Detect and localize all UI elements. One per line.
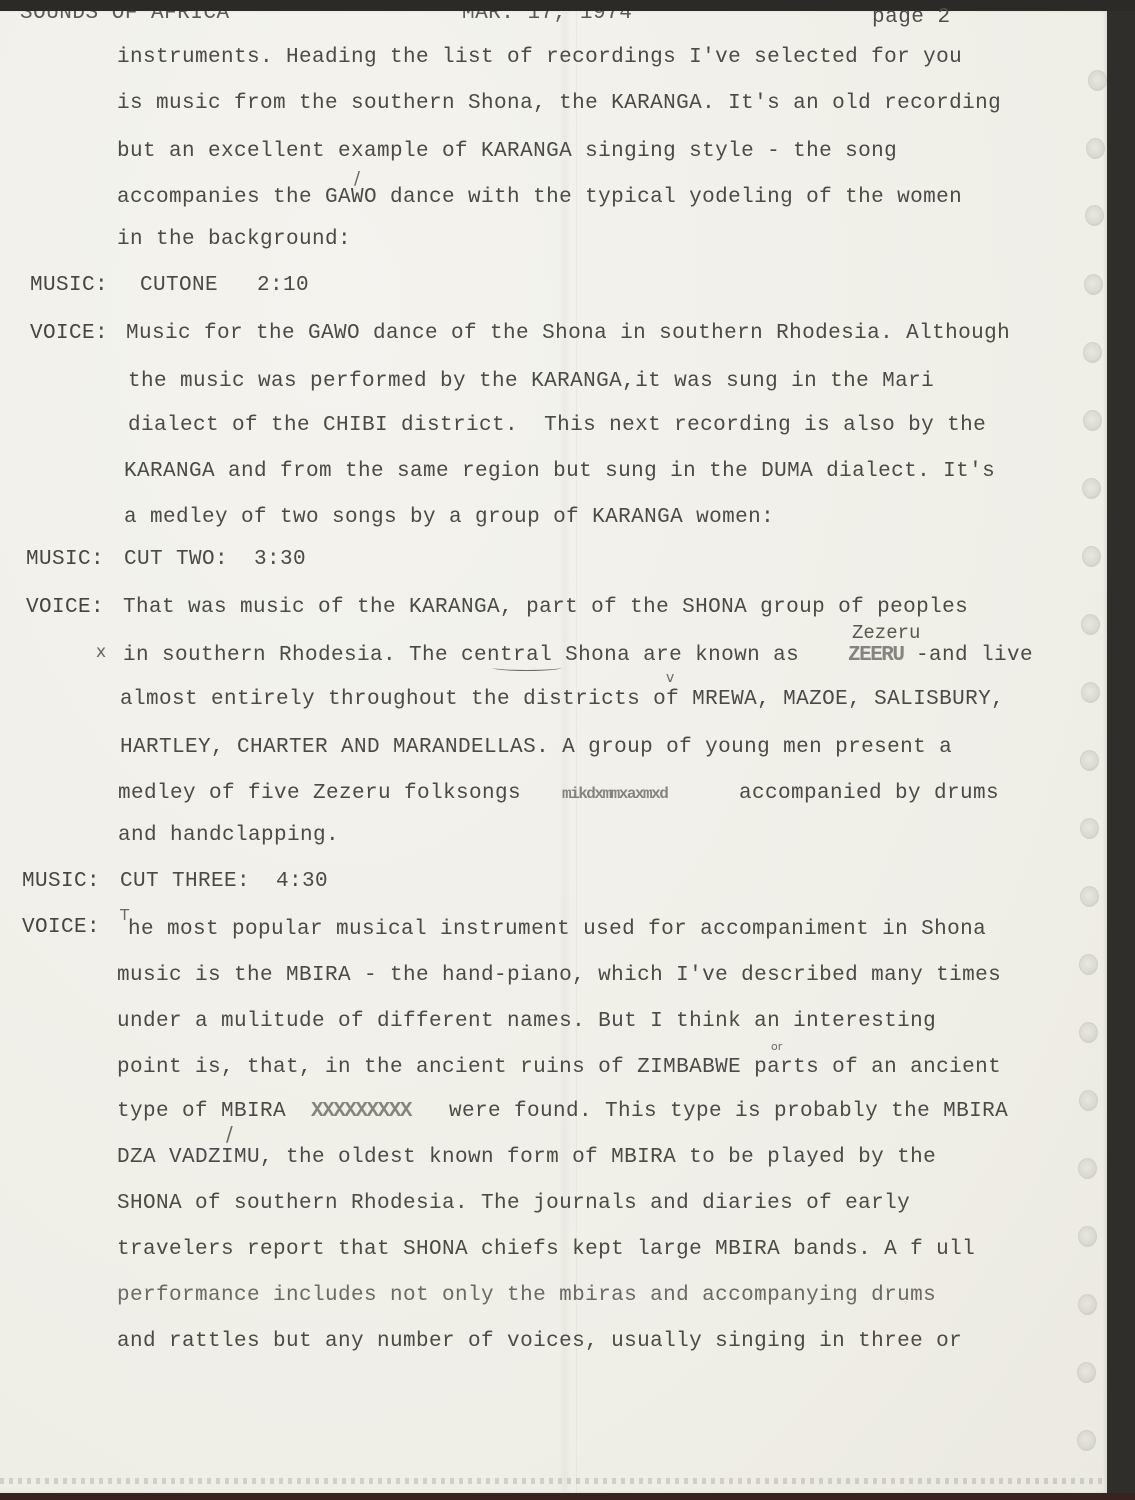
voice-line-continuation: accompanied by drums — [726, 782, 999, 806]
music-cue: CUT TWO: 3:30 — [124, 548, 306, 572]
segment-label-voice: VOICE: — [22, 916, 100, 940]
struck-word-zeeru: ZEERU — [848, 644, 904, 668]
punch-hole — [1088, 70, 1107, 91]
punch-hole — [1082, 546, 1101, 567]
handwritten-underline-central — [492, 664, 562, 671]
margin-x-mark: x — [96, 642, 106, 662]
punch-hole — [1082, 478, 1101, 499]
voice-line: That was music of the KARANGA, part of t… — [123, 596, 968, 620]
segment-label-music: MUSIC: — [26, 548, 104, 572]
accent-mark: / — [226, 1122, 233, 1146]
voice-line: almost entirely throughout the districts… — [120, 688, 1004, 712]
punch-hole — [1079, 954, 1098, 975]
voice-line: travelers report that SHONA chiefs kept … — [117, 1238, 975, 1262]
body-line: in the background: — [117, 228, 351, 252]
voice-line: and handclapping. — [118, 824, 339, 848]
voice-line: Music for the GAWO dance of the Shona in… — [126, 322, 1010, 346]
header-page-number: page 2 — [872, 6, 951, 29]
voice-line: performance includes not only the mbiras… — [117, 1284, 936, 1308]
voice-line: DZA VADZIMU, the oldest known form of MB… — [117, 1146, 936, 1170]
body-line: is music from the southern Shona, the KA… — [117, 92, 1001, 116]
punch-hole — [1079, 1090, 1098, 1111]
punch-hole — [1079, 1022, 1098, 1043]
music-cue: CUT THREE: 4:30 — [120, 870, 328, 894]
body-line: instruments. Heading the list of recordi… — [117, 46, 962, 70]
accent-mark: v — [666, 670, 674, 686]
punch-hole — [1086, 138, 1105, 159]
voice-line: music is the MBIRA - the hand-piano, whi… — [117, 964, 1001, 988]
punch-hole — [1080, 818, 1099, 839]
voice-line-continuation: -and live — [916, 644, 1033, 668]
segment-label-music: MUSIC: — [22, 870, 100, 894]
punch-hole — [1077, 1430, 1096, 1451]
punch-hole — [1084, 274, 1103, 295]
punch-hole — [1083, 342, 1102, 363]
body-line: but an excellent example of KARANGA sing… — [117, 140, 897, 164]
scan-edge-right — [1107, 11, 1135, 1493]
segment-label-voice: VOICE: — [26, 596, 104, 620]
voice-line: medley of five Zezeru folksongs — [118, 782, 534, 806]
body-line: accompanies the GAWO dance with the typi… — [117, 186, 962, 210]
voice-line: dialect of the CHIBI district. This next… — [128, 414, 986, 438]
header-program-title: SOUNDS OF AFRICA — [20, 2, 230, 25]
voice-line: under a mulitude of different names. But… — [117, 1010, 936, 1034]
segment-label-voice: VOICE: — [30, 322, 108, 346]
punch-hole — [1085, 205, 1104, 226]
voice-line: and rattles but any number of voices, us… — [117, 1330, 962, 1354]
punch-hole — [1083, 410, 1102, 431]
voice-line: in southern Rhodesia. The central Shona … — [123, 644, 812, 668]
voice-line: KARANGA and from the same region but sun… — [124, 460, 995, 484]
punch-hole — [1080, 886, 1099, 907]
voice-line-continuation: were found. This type is probably the MB… — [436, 1100, 1008, 1124]
segment-label-music: MUSIC: — [30, 274, 108, 298]
scan-edge-bottom — [0, 1493, 1135, 1500]
punch-hole — [1080, 750, 1099, 771]
voice-line: the music was performed by the KARANGA,i… — [128, 370, 934, 394]
punch-hole — [1078, 1158, 1097, 1179]
voice-line: a medley of two songs by a group of KARA… — [124, 506, 774, 530]
punch-hole — [1077, 1362, 1096, 1383]
struck-text-mbira: XXXXXXXXX — [311, 1100, 411, 1124]
punch-hole — [1078, 1294, 1097, 1315]
punch-hole — [1081, 682, 1100, 703]
music-cue: CUTONE 2:10 — [140, 274, 309, 298]
voice-line: he most popular musical instrument used … — [128, 918, 986, 942]
handwritten-correction-zezeru: Zezeru — [852, 622, 920, 644]
header-date: MAR. 17, 1974 — [462, 2, 632, 25]
voice-line: type of MBIRA — [117, 1100, 299, 1124]
struck-text-folksongs: mikdxmmxaxmxd — [562, 782, 667, 806]
bottom-smudge — [0, 1478, 1107, 1484]
voice-line: HARTLEY, CHARTER AND MARANDELLAS. A grou… — [120, 736, 952, 760]
voice-line: point is, that, in the ancient ruins of … — [117, 1056, 1001, 1080]
punch-hole — [1081, 614, 1100, 635]
punch-hole — [1078, 1226, 1097, 1247]
voice-line: SHONA of southern Rhodesia. The journals… — [117, 1192, 910, 1216]
handwritten-note-or: or — [771, 1040, 782, 1053]
